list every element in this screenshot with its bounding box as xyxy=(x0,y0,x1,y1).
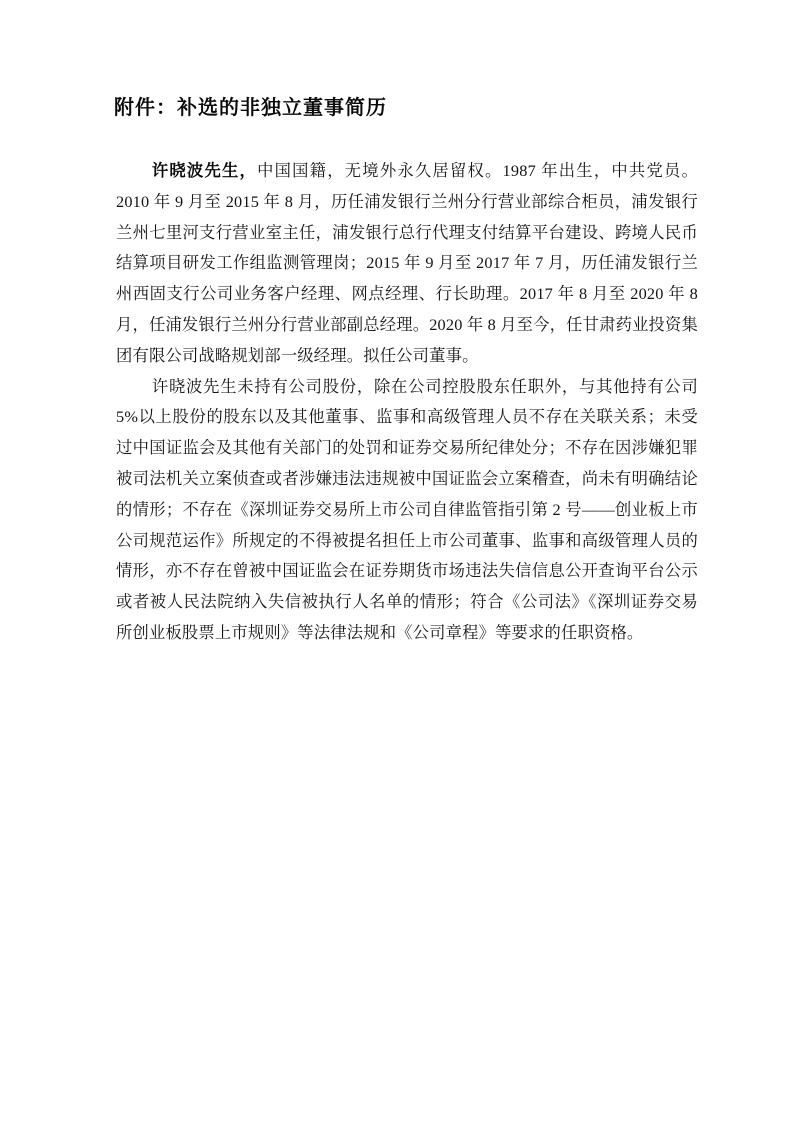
biography-paragraph: 许晓波先生，中国国籍，无境外永久居留权。1987 年出生，中共党员。2010 年… xyxy=(116,156,698,372)
attachment-title: 附件：补选的非独立董事简历 xyxy=(114,96,387,121)
document-page: 附件：补选的非独立董事简历 许晓波先生，中国国籍，无境外永久居留权。1987 年… xyxy=(0,0,794,1122)
qualification-text: 许晓波先生未持有公司股份，除在公司控股股东任职外，与其他持有公司 5%以上股份的… xyxy=(116,377,698,642)
qualification-paragraph: 许晓波先生未持有公司股份，除在公司控股股东任职外，与其他持有公司 5%以上股份的… xyxy=(116,372,698,649)
biography-text: 中国国籍，无境外永久居留权。1987 年出生，中共党员。2010 年 9 月至 … xyxy=(116,161,698,365)
person-name-lead: 许晓波先生， xyxy=(152,161,257,180)
document-body: 许晓波先生，中国国籍，无境外永久居留权。1987 年出生，中共党员。2010 年… xyxy=(116,156,698,649)
